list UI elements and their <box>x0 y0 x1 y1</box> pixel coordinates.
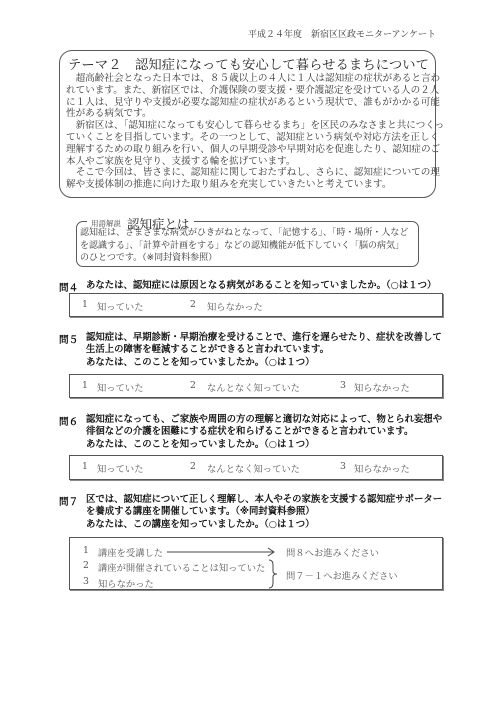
theme-line: 解や支援体制の推進に向けた取り組みを充実していきたいと考えています。 <box>66 179 444 191</box>
theme-line: 性がある病気です。 <box>66 108 444 120</box>
option-number[interactable]: 1 <box>82 461 88 472</box>
option-number[interactable]: 2 <box>190 380 196 391</box>
question-number: 問４ <box>59 280 78 294</box>
option-number[interactable]: 2 <box>83 560 89 571</box>
question-line: あなたは、認知症には原因となる病気があることを知っていましたか。（○は１つ） <box>86 280 436 292</box>
question-text: あなたは、認知症には原因となる病気があることを知っていましたか。（○は１つ） <box>86 280 436 292</box>
glossary-box: 用語解説認知症とは 認知症は、さまざまな病気がひきがねとなって、「記憶する」、「… <box>76 221 419 267</box>
option-number[interactable]: 1 <box>83 545 89 556</box>
option-number[interactable]: 2 <box>190 461 196 472</box>
option-label[interactable]: 知っていた <box>97 299 144 313</box>
option-number[interactable]: 3 <box>340 380 346 391</box>
question-line: 生活上の障害を軽減することができると言われています。 <box>86 344 442 356</box>
theme-line: れています。また、新宿区では、介護保険の要支援・要介護認定を受けている人の２人 <box>66 85 444 97</box>
question-line: 区では、認知症について正しく理解し、本人やその家族を支援する認知症サポーター <box>86 494 442 506</box>
option-label[interactable]: 講座を受講した <box>98 545 163 559</box>
question-line: 徘徊などの介護を困難にする症状を和らげることができると言われています。 <box>86 426 442 438</box>
option-number[interactable]: 1 <box>82 299 88 310</box>
glossary-line: 認知症は、さまざまな病気がひきがねとなって、「記憶する」、「時・場所・人など <box>80 227 408 240</box>
question-number: 問７ <box>59 494 78 508</box>
option-label[interactable]: 知らなかった <box>354 380 410 394</box>
theme-title: テーマ２ 認知症になっても安心して暮らせるまちについて <box>68 54 429 73</box>
route-instruction: 問７－１へお進みください <box>286 568 398 582</box>
question-text: 認知症は、早期診断・早期治療を受けることで、進行を遅らせたり、症状を改善して 生… <box>86 332 442 369</box>
question-number: 問６ <box>59 414 78 428</box>
option-label[interactable]: 講座が開催されていることは知っていた <box>98 560 265 574</box>
option-label[interactable]: 知らなかった <box>207 299 263 313</box>
theme-line: 理解するための取り組みを行い、個人の早期受診や早期対応を促進したり、認知症のご <box>66 144 444 156</box>
curly-brace-icon <box>268 559 278 589</box>
option-number[interactable]: 2 <box>190 299 196 310</box>
theme-intro-box: テーマ２ 認知症になっても安心して暮らせるまちについて 超高齢社会となった日本で… <box>59 50 436 198</box>
question-line: 認知症は、早期診断・早期治療を受けることで、進行を遅らせたり、症状を改善して <box>86 332 442 344</box>
option-number[interactable]: 3 <box>340 461 346 472</box>
theme-line: に１人は、見守りや支援が必要な認知症の症状があるという現状で、誰もがかかる可能 <box>66 97 444 109</box>
question-line: 認知症になっても、ご家族や周囲の方の理解と適切な対応によって、物とられ妄想や <box>86 414 442 426</box>
option-label[interactable]: なんとなく知っていた <box>207 461 300 475</box>
theme-body: 超高齢社会となった日本では、８５歳以上の４人に１人は認知症の症状があると言わ れ… <box>66 73 444 191</box>
question-line: を養成する講座を開催しています。（※同封資料参照） <box>86 506 442 518</box>
option-number[interactable]: 1 <box>82 380 88 391</box>
option-label[interactable]: 知っていた <box>97 461 144 475</box>
glossary-line: のひとつです。（※同封資料参照） <box>80 252 408 265</box>
glossary-line: を認識する」、「計算や計画をする」などの認知機能が低下していく「脳の病気」 <box>80 240 408 253</box>
option-label[interactable]: 知っていた <box>97 380 144 394</box>
answer-box: 1 知っていた 2 なんとなく知っていた 3 知らなかった <box>69 455 443 480</box>
answer-box: 1 知っていた 2 なんとなく知っていた 3 知らなかった <box>69 374 443 398</box>
question-line: あなたは、この講座を知っていましたか。（○は１つ） <box>86 519 442 531</box>
theme-line: ていくことを目指しています。その一つとして、認知症という病気や対応方法を正しく <box>66 132 444 144</box>
glossary-body: 認知症は、さまざまな病気がひきがねとなって、「記憶する」、「時・場所・人など を… <box>80 227 408 265</box>
option-label[interactable]: 知らなかった <box>98 576 154 590</box>
theme-line: 新宿区は、「認知症になっても安心して暮らせるまち」を区民のみなさまと共につくっ <box>66 120 444 132</box>
option-number[interactable]: 3 <box>83 576 89 587</box>
route-instruction: 問８へお進みください <box>286 545 379 559</box>
survey-header-title: 平成２４年度 新宿区区政モニターアンケート <box>248 27 436 40</box>
question-line: あなたは、このことを知っていましたか。（○は１つ） <box>86 439 442 451</box>
question-line: あなたは、このことを知っていましたか。（○は１つ） <box>86 357 442 369</box>
answer-box: 1 知っていた 2 知らなかった <box>69 293 443 317</box>
question-number: 問５ <box>59 332 78 346</box>
arrow-right-icon <box>167 547 277 557</box>
question-text: 認知症になっても、ご家族や周囲の方の理解と適切な対応によって、物とられ妄想や 徘… <box>86 414 442 451</box>
theme-line: 本人やご家族を見守り、支援する輪を拡げています。 <box>66 156 444 168</box>
theme-line: 超高齢社会となった日本では、８５歳以上の４人に１人は認知症の症状があると言わ <box>66 73 444 85</box>
question-text: 区では、認知症について正しく理解し、本人やその家族を支援する認知症サポーター を… <box>86 494 442 531</box>
option-label[interactable]: 知らなかった <box>354 461 410 475</box>
option-label[interactable]: なんとなく知っていた <box>207 380 300 394</box>
answer-box: 1 講座を受講した 2 講座が開催されていることは知っていた 3 知らなかった … <box>69 537 443 590</box>
theme-line: そこで今回は、皆さまに、認知症に関しておたずねし、さらに、認知症についての理 <box>66 167 444 179</box>
